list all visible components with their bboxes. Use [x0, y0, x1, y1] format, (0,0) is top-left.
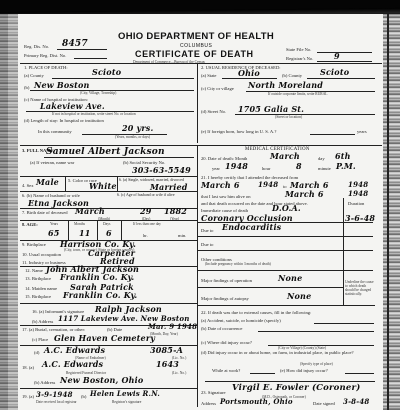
death-month-value: March	[270, 151, 300, 161]
age-years-value: 65	[48, 228, 60, 238]
registrar-no-label: Registrar's No.	[286, 56, 313, 61]
age-min-label: min.	[178, 233, 186, 238]
occurrence-label: (b) Date of occurrence	[201, 326, 242, 331]
age-label: 8. AGE:	[22, 222, 38, 227]
filed-label: 19. (a)	[22, 394, 34, 399]
immediate-cause-value: D.O.A.	[272, 203, 301, 213]
sex-label: 4. Sex	[22, 183, 33, 188]
attended-to-year: 1948	[348, 180, 368, 189]
burial-place-label: (c) Place	[32, 337, 48, 342]
director-value: A.C. Edwards	[42, 359, 103, 369]
local-registrar-label: (b)	[81, 394, 86, 399]
embalmer-label: (d)	[34, 350, 39, 355]
res-county-value: Scioto	[320, 67, 349, 77]
underline-note: Underline the cause to which death shoul…	[345, 280, 375, 296]
attended-from-value: March 6	[201, 180, 240, 190]
community-caption: (Years, months, or days)	[115, 135, 150, 139]
foreign-label: (e) If foreign born, how long in U. S. A…	[201, 129, 276, 134]
last-saw-year: 1948	[348, 189, 368, 198]
veteran-label: (a) If veteran, name war	[30, 160, 74, 165]
age-hr-label: hr.	[143, 233, 148, 238]
director-lic-value: 1643	[156, 359, 179, 369]
birth-date-label: 7. Birth date of deceased	[22, 210, 68, 215]
signature-label: 23. Signature	[201, 390, 226, 395]
accident-label: (a) Accident, suicide, or homicide (spec…	[201, 318, 281, 323]
hospital-caption: If not in hospital or institution, write…	[52, 112, 136, 116]
embalmer-value: A.C. Edwards	[44, 345, 105, 355]
mother-birthplace-value: Franklin Co. Ky.	[63, 290, 137, 300]
res-street-caption: (Street or location)	[275, 115, 302, 119]
injury-place-caption: (Specify type of place)	[300, 362, 333, 366]
full-name-value: Samuel Albert Jackson	[46, 147, 165, 157]
res-city-value: North Moreland	[248, 80, 323, 90]
certificate-title: CERTIFICATE OF DEATH	[135, 49, 254, 59]
filed-value: 3-9-1948	[36, 390, 73, 399]
age-col-less-day: If less than one day	[133, 222, 161, 226]
external-causes-label: 22. If death was due to external causes,…	[201, 310, 311, 315]
age-col-years: Years	[50, 222, 58, 226]
where-injury-label: (c) Where did injury occur?	[201, 340, 252, 345]
local-registrar-value: Helen Lewis R.N.	[90, 389, 160, 398]
occupation-label: 10. Usual occupation	[22, 252, 61, 257]
filed-caption: Date received local registrar	[36, 400, 77, 404]
hospital-value: Lakeview Ave.	[40, 101, 105, 111]
burial-place-value: Glen Haven Cemetery	[54, 333, 155, 343]
death-day-label: day	[318, 156, 325, 161]
primary-reg-label: Primary Reg. Dist. No.	[24, 53, 66, 58]
res-city-caption: If outside corporate limits, write RURAL	[268, 92, 328, 96]
registrar-no-value: 9	[334, 51, 340, 61]
spouse-age-label: 6. (c) Age of husband or wife if alive	[117, 193, 175, 197]
dept-title: OHIO DEPARTMENT OF HEALTH	[118, 31, 274, 42]
res-county-label: (b) County	[282, 73, 302, 78]
due-to-1-value: Endocarditis	[222, 222, 281, 232]
birthplace-label: 9. Birthplace	[22, 242, 46, 247]
burial-label: 17. (a) Burial, cremation, or other:	[22, 327, 85, 332]
director-address-label: (b) Address	[34, 380, 55, 385]
reg-dis-label: Reg. Dis. No.	[24, 44, 49, 49]
autopsy-label: Major findings of autopsy	[201, 296, 249, 301]
death-county-label: (a) County	[24, 73, 44, 78]
operation-label: Major findings of operation	[201, 278, 252, 283]
res-street-label: (d) Street No.	[201, 109, 226, 114]
death-city-label: (b)	[24, 85, 29, 90]
community-label: In this community	[38, 129, 72, 134]
state-file-label: State File No.	[286, 47, 311, 52]
due-to-2-label: Due to	[201, 242, 213, 247]
sex-value: Male	[36, 177, 59, 187]
death-year-value: 1948	[225, 161, 248, 171]
date-signed-value: 3-8-48	[343, 397, 370, 406]
death-day-value: 6th	[335, 151, 351, 161]
foreign-years-label: years	[357, 129, 367, 134]
res-state-label: (a) State	[201, 73, 216, 78]
last-saw-value: March 6	[285, 189, 324, 199]
father-name-label: 12. Name	[25, 268, 43, 273]
place-of-death-section: 1. PLACE OF DEATH:	[24, 65, 68, 70]
other-conditions-caption: (Include pregnancy within 3 months of de…	[205, 262, 271, 266]
death-minute-label: minute	[318, 166, 331, 171]
father-birthplace-value: Franklin Co. Ky.	[60, 272, 134, 282]
injury-place-label: (d) Did injury occur in or about home, o…	[201, 350, 371, 356]
death-minute-value: P.M.	[336, 161, 356, 171]
sig-address-value: Portsmouth, Ohio	[220, 397, 293, 406]
director-lic-caption: (Lic. No.)	[172, 371, 186, 375]
mother-birthplace-label: 15. Birthplace	[25, 294, 51, 299]
res-city-label: (c) City or village	[201, 86, 234, 91]
mother-name-label: 14. Maiden name	[25, 286, 57, 291]
embalmer-lic-value: 3085-A	[150, 345, 183, 355]
local-registrar-caption: Registrar's signature	[112, 400, 141, 404]
reg-dis-value: 8457	[62, 39, 88, 49]
age-months-value: 11	[79, 228, 91, 238]
birth-year-value: 1882	[164, 206, 187, 216]
age-col-days: Days	[103, 222, 110, 226]
death-city-caption: (City, Village, Township)	[80, 91, 116, 95]
birth-month-value: March	[75, 206, 105, 216]
age-days-value: 6	[106, 228, 112, 238]
color-value: White	[89, 181, 117, 191]
duration-label: Duration	[348, 201, 364, 206]
due-to-1-label: Due to	[201, 228, 213, 233]
while-at-work-label: While at work?	[212, 368, 240, 373]
informant-address-label: (b) Address	[32, 319, 53, 324]
stay-label: (d) Length of stay: In hospital or insti…	[24, 118, 104, 123]
scan-right-edge	[383, 14, 400, 410]
death-hour-label: hour	[262, 166, 270, 171]
how-injury-label: (e) How did injury occur?	[280, 368, 328, 373]
birth-day-value: 29	[140, 206, 152, 216]
father-birthplace-label: 13. Birthplace	[25, 276, 51, 281]
death-county-value: Scioto	[92, 67, 121, 77]
autopsy-value: None	[287, 291, 311, 301]
death-city-value: New Boston	[34, 80, 90, 90]
community-value: 20 yrs.	[122, 123, 153, 133]
burial-date-label: (b) Date	[107, 327, 122, 332]
date-signed-label: Date signed	[313, 401, 335, 406]
death-year-label: year	[212, 166, 220, 171]
sig-address-label: Address	[201, 401, 216, 406]
director-address-value: New Boston, Ohio	[60, 375, 143, 385]
director-label: 18. (a)	[22, 365, 34, 370]
res-street-value: 1705 Galia St.	[238, 104, 304, 114]
operation-value: None	[278, 273, 302, 283]
scan-left-edge	[0, 14, 18, 410]
last-saw-label: that I last saw him alive on	[201, 194, 251, 199]
burial-date-value: Mar. 9 1948	[148, 322, 197, 331]
age-col-months: Months	[74, 222, 85, 226]
signature-value: Virgil E. Fowler (Coroner)	[232, 383, 360, 393]
death-hour-value: 8	[296, 161, 302, 171]
res-state-value: Ohio	[238, 68, 260, 78]
ss-value: 303-63-5549	[132, 165, 191, 175]
attended-from-year: 1948	[258, 180, 278, 189]
informant-value: Ralph Jackson	[95, 304, 162, 314]
